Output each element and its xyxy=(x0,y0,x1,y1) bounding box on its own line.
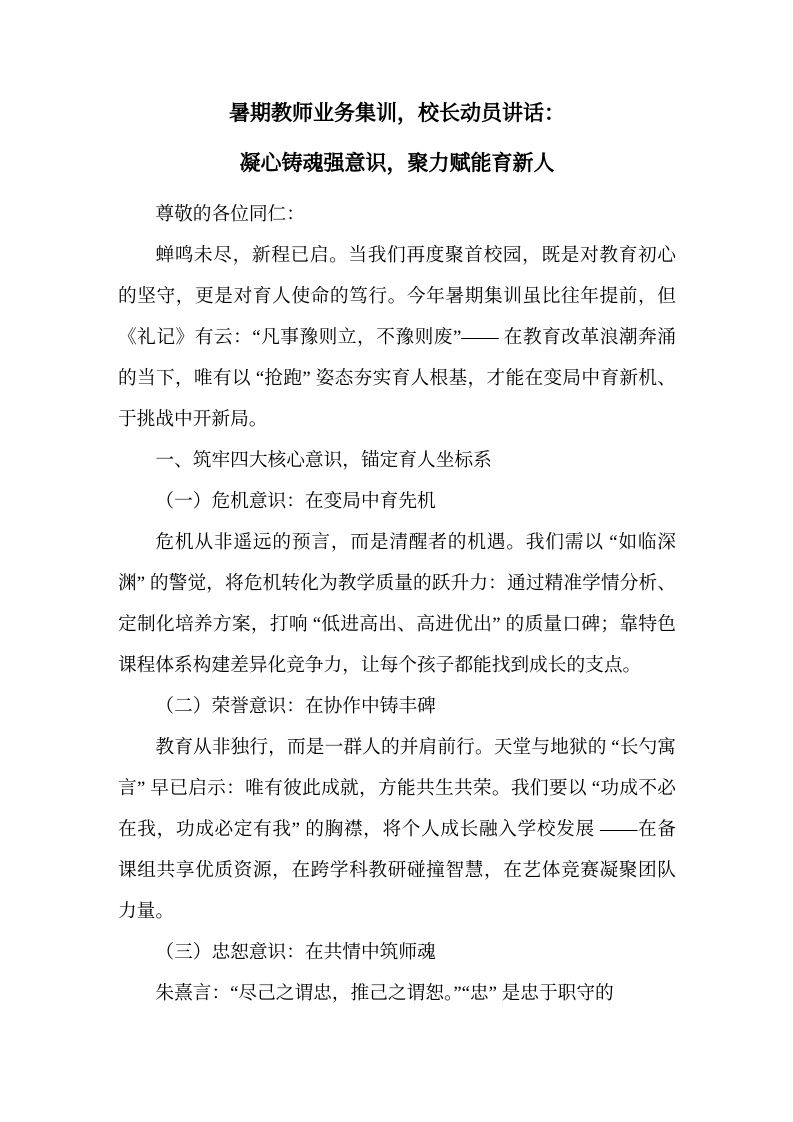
subsection-heading-1-2: （二）荣誉意识：在协作中铸丰碑 xyxy=(118,686,676,727)
paragraph-crisis-awareness: 危机从非遥远的预言，而是清醒者的机遇。我们需以 “如临深渊” 的警觉，将危机转化… xyxy=(118,522,676,686)
subsection-heading-1-1: （一）危机意识：在变局中育先机 xyxy=(118,481,676,522)
title-line-1: 暑期教师业务集训，校长动员讲话： xyxy=(118,88,676,138)
section-heading-1: 一、筑牢四大核心意识，锚定育人坐标系 xyxy=(118,440,676,481)
paragraph-opening: 蝉鸣未尽，新程已启。当我们再度聚首校园，既是对教育初心的坚守，更是对育人使命的笃… xyxy=(118,235,676,440)
salutation: 尊敬的各位同仁： xyxy=(118,194,676,235)
subsection-heading-1-3: （三）忠恕意识：在共情中筑师魂 xyxy=(118,932,676,973)
document-body: 尊敬的各位同仁： 蝉鸣未尽，新程已启。当我们再度聚首校园，既是对教育初心的坚守，… xyxy=(118,194,676,1014)
title-line-2: 凝心铸魂强意识，聚力赋能育新人 xyxy=(118,138,676,188)
paragraph-honor-awareness: 教育从非独行，而是一群人的并肩前行。天堂与地狱的 “长勺寓言” 早已启示：唯有彼… xyxy=(118,727,676,932)
document-page: 暑期教师业务集训，校长动员讲话： 凝心铸魂强意识，聚力赋能育新人 尊敬的各位同仁… xyxy=(0,0,793,1122)
paragraph-loyalty-awareness: 朱熹言：“尽己之谓忠，推己之谓恕。”“忠” 是忠于职守的 xyxy=(118,973,676,1014)
document-title: 暑期教师业务集训，校长动员讲话： 凝心铸魂强意识，聚力赋能育新人 xyxy=(118,88,676,188)
